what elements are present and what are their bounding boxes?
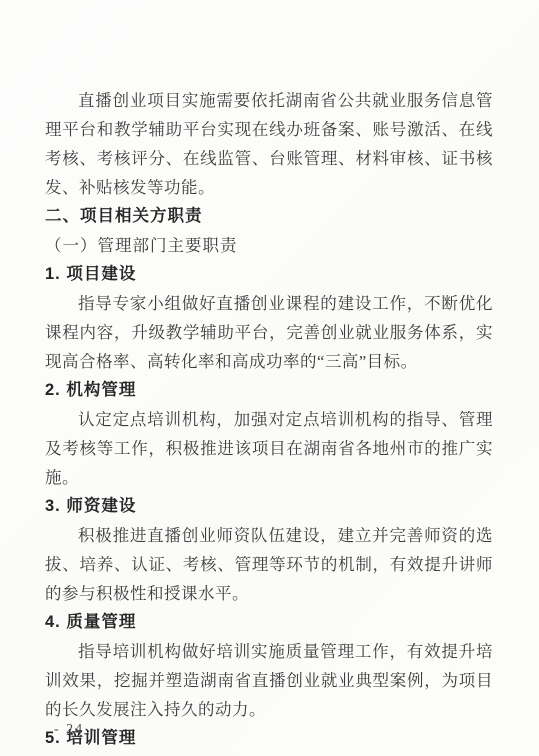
- heading-item-3-teachers: 3. 师资建设: [45, 492, 493, 521]
- para-platform-functions: 直播创业项目实施需要依托湖南省公共就业服务信息管理平台和教学辅助平台实现在线办班…: [45, 86, 493, 202]
- page-number: - 24 -: [54, 722, 96, 738]
- document-page: 直播创业项目实施需要依托湖南省公共就业服务信息管理平台和教学辅助平台实现在线办班…: [0, 0, 539, 756]
- heading-item-1-project: 1. 项目建设: [45, 260, 493, 289]
- document-content: 直播创业项目实施需要依托湖南省公共就业服务信息管理平台和教学辅助平台实现在线办班…: [45, 86, 493, 753]
- para-project-construction: 指导专家小组做好直播创业课程的建设工作，不断优化课程内容，升级教学辅助平台，完善…: [45, 289, 493, 376]
- heading-item-2-org: 2. 机构管理: [45, 376, 493, 405]
- para-quality-management: 指导培训机构做好培训实施质量管理工作，有效提升培训效果，挖掘并塑造湖南省直播创业…: [45, 637, 493, 724]
- heading-section-2-duties: 二、项目相关方职责: [45, 202, 493, 231]
- para-teacher-building: 积极推进直播创业师资队伍建设，建立并完善师资的选拔、培养、认证、考核、管理等环节…: [45, 521, 493, 608]
- heading-item-5-training: 5. 培训管理: [45, 724, 493, 753]
- heading-management-dept: （一）管理部门主要职责: [45, 231, 493, 260]
- heading-item-4-quality: 4. 质量管理: [45, 608, 493, 637]
- para-org-management: 认定定点培训机构，加强对定点培训机构的指导、管理及考核等工作，积极推进该项目在湖…: [45, 405, 493, 492]
